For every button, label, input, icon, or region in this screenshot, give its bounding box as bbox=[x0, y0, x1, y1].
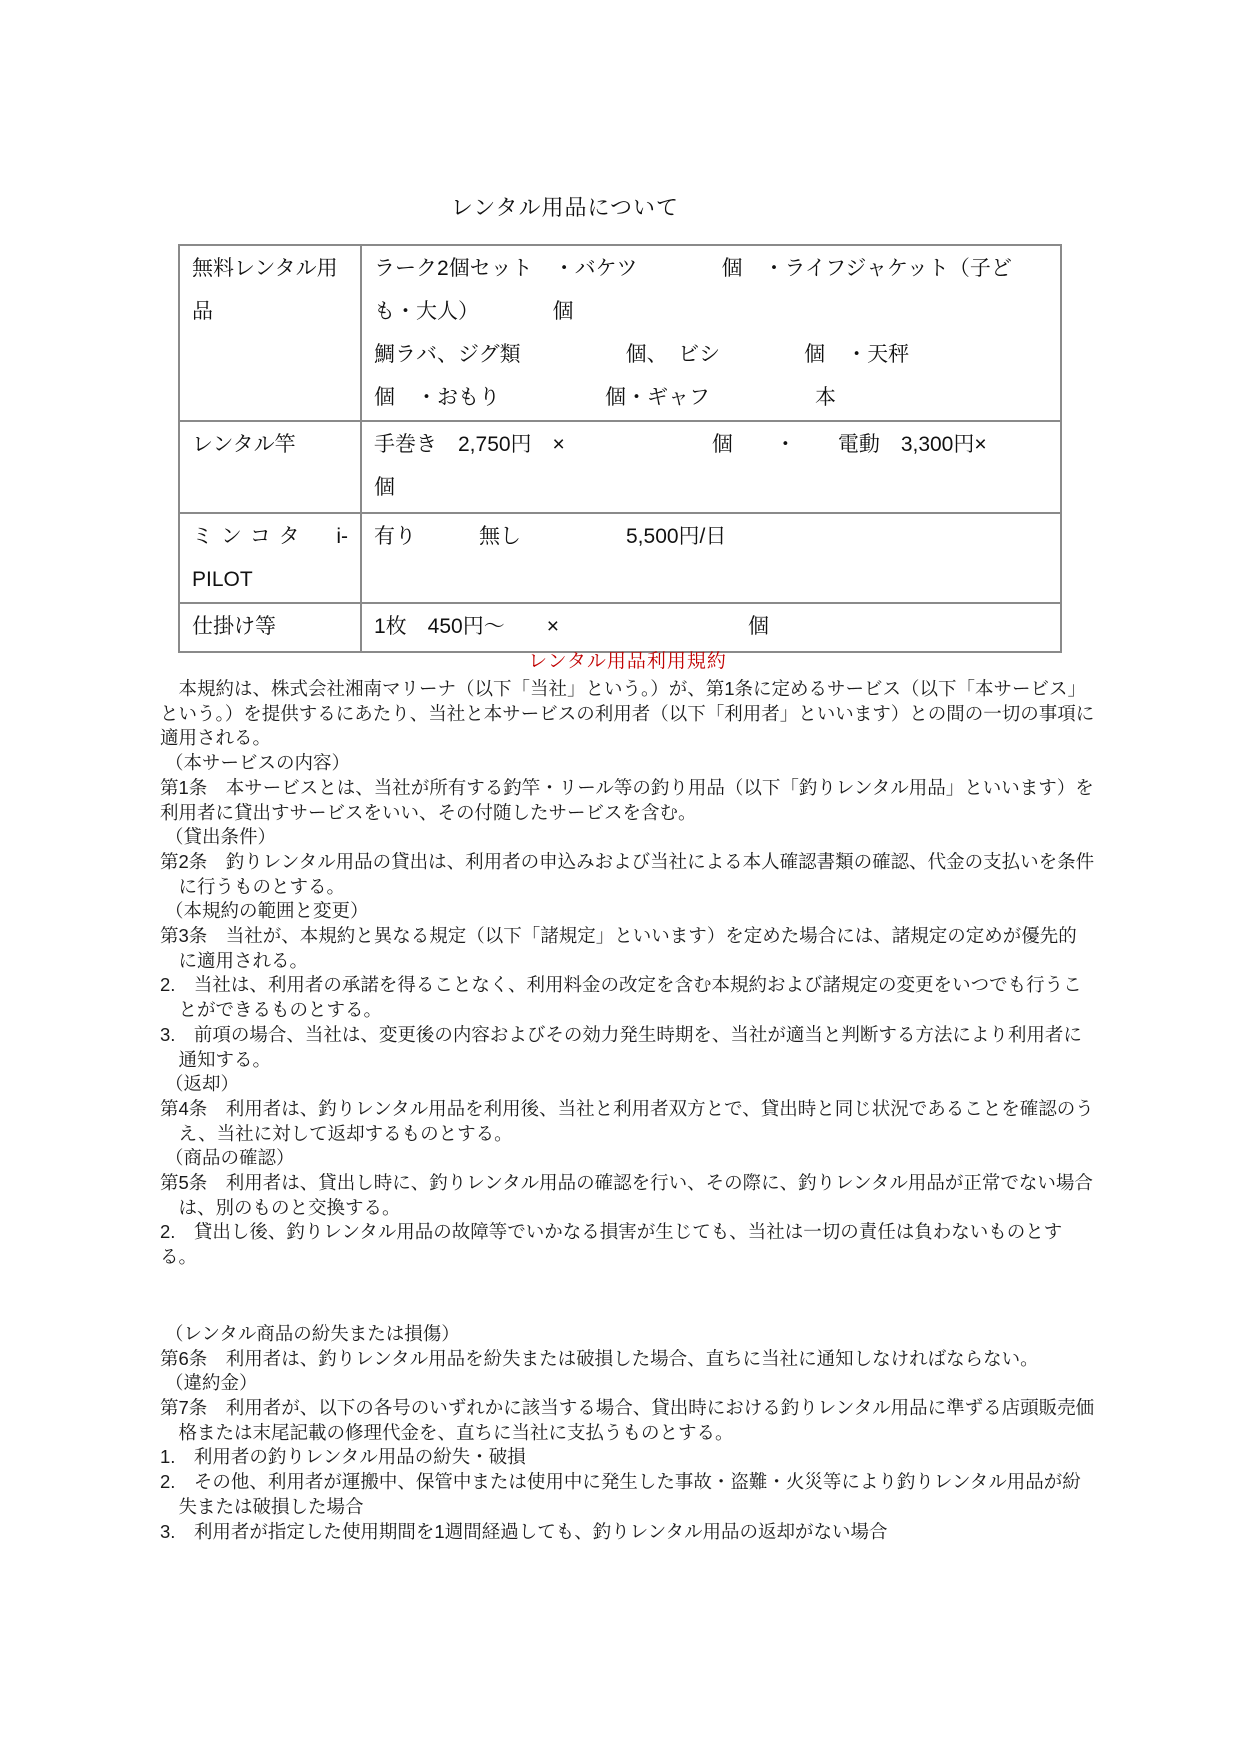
table-row-rigs: 仕掛け等 1枚 450円～ × 個 bbox=[179, 603, 1061, 652]
row-header-line: 仕掛け等 bbox=[192, 605, 348, 648]
row-header-line: ミンコタ i- bbox=[192, 515, 348, 558]
terms-caption-service: （本サービスの内容） bbox=[160, 751, 1095, 776]
row-content-cell: ラーク2個セット ・バケツ 個 ・ライフジャケット（子ど も・大人） 個 鯛ラバ… bbox=[361, 245, 1061, 421]
row-header-line: レンタル竿 bbox=[192, 423, 348, 466]
terms-article-1: 第1条 本サービスとは、当社が所有する釣竿・リール等の釣り用品（以下「釣りレンタ… bbox=[160, 776, 1095, 825]
terms-article-7-item-2: 2. その他、利用者が運搬中、保管中または使用中に発生した事故・盗難・火災等によ… bbox=[160, 1470, 1095, 1519]
row-header-cell: レンタル竿 bbox=[179, 421, 361, 513]
row-header-line: PILOT bbox=[192, 558, 348, 601]
terms-article-3-clause-2: 2. 当社は、利用者の承諾を得ることなく、利用料金の改定を含む本規約および諸規定… bbox=[160, 973, 1095, 1022]
row-content-line: も・大人） 個 bbox=[374, 290, 1048, 333]
row-header-cell: 無料レンタル用 品 bbox=[179, 245, 361, 421]
row-content-line: 鯛ラバ、ジグ類 個、 ビシ 個 ・天秤 bbox=[374, 333, 1048, 376]
row-content-cell: 手巻き 2,750円 × 個 ・ 電動 3,300円× 個 bbox=[361, 421, 1061, 513]
terms-caption-penalty: （違約金） bbox=[160, 1371, 1095, 1396]
terms-caption-return: （返却） bbox=[160, 1072, 1095, 1097]
terms-article-6: 第6条 利用者は、釣りレンタル用品を紛失または破損した場合、直ちに当社に通知しな… bbox=[160, 1347, 1095, 1372]
row-header-line: 無料レンタル用 bbox=[192, 247, 348, 290]
row-header-cell: ミンコタ i- PILOT bbox=[179, 513, 361, 603]
row-content-line: 個 bbox=[374, 466, 1048, 509]
row-header-cell: 仕掛け等 bbox=[179, 603, 361, 652]
terms-caption-loss-damage: （レンタル商品の紛失または損傷） bbox=[160, 1322, 1095, 1347]
table-row-rental-rod: レンタル竿 手巻き 2,750円 × 個 ・ 電動 3,300円× 個 bbox=[179, 421, 1061, 513]
row-content-cell: 有り 無し 5,500円/日 bbox=[361, 513, 1061, 603]
terms-article-7: 第7条 利用者が、以下の各号のいずれかに該当する場合、貸出時における釣りレンタル… bbox=[160, 1396, 1095, 1445]
terms-heading: レンタル用品利用規約 bbox=[160, 648, 1095, 675]
terms-caption-item-check: （商品の確認） bbox=[160, 1146, 1095, 1171]
terms-article-5: 第5条 利用者は、貸出し時に、釣りレンタル用品の確認を行い、その際に、釣りレンタ… bbox=[160, 1171, 1095, 1220]
table-row-minn-kota-i-pilot: ミンコタ i- PILOT 有り 無し 5,500円/日 bbox=[179, 513, 1061, 603]
terms-article-5-clause-2: 2. 貸出し後、釣りレンタル用品の故障等でいかなる損害が生じても、当社は一切の責… bbox=[160, 1220, 1095, 1269]
table-row-free-rental-items: 無料レンタル用 品 ラーク2個セット ・バケツ 個 ・ライフジャケット（子ど も… bbox=[179, 245, 1061, 421]
terms-article-3: 第3条 当社が、本規約と異なる規定（以下「諸規定」といいます）を定めた場合には、… bbox=[160, 924, 1095, 973]
rental-items-table: 無料レンタル用 品 ラーク2個セット ・バケツ 個 ・ライフジャケット（子ど も… bbox=[178, 244, 1062, 653]
row-content-line: 手巻き 2,750円 × 個 ・ 電動 3,300円× bbox=[374, 423, 1048, 466]
terms-of-use-section: レンタル用品利用規約 本規約は、株式会社湘南マリーナ（以下「当社」という。）が、… bbox=[160, 648, 1095, 1544]
terms-article-7-item-3: 3. 利用者が指定した使用期間を1週間経過しても、釣りレンタル用品の返却がない場… bbox=[160, 1520, 1095, 1545]
terms-article-2: 第2条 釣りレンタル用品の貸出は、利用者の申込みおよび当社による本人確認書類の確… bbox=[160, 850, 1095, 899]
row-content-cell: 1枚 450円～ × 個 bbox=[361, 603, 1061, 652]
row-content-line: ラーク2個セット ・バケツ 個 ・ライフジャケット（子ど bbox=[374, 247, 1048, 290]
row-content-line: 1枚 450円～ × 個 bbox=[374, 605, 1048, 648]
page-title: レンタル用品について bbox=[160, 193, 970, 223]
terms-caption-scope: （本規約の範囲と変更） bbox=[160, 899, 1095, 924]
terms-article-7-item-1: 1. 利用者の釣りレンタル用品の紛失・破損 bbox=[160, 1445, 1095, 1470]
row-header-line: 品 bbox=[192, 290, 348, 333]
row-content-line: 個 ・おもり 個・ギャフ 本 bbox=[374, 376, 1048, 419]
terms-article-3-clause-3: 3. 前項の場合、当社は、変更後の内容およびその効力発生時期を、当社が適当と判断… bbox=[160, 1023, 1095, 1072]
terms-caption-conditions: （貸出条件） bbox=[160, 825, 1095, 850]
document-page: レンタル用品について 無料レンタル用 品 ラーク2個セット ・バケツ 個 ・ライ… bbox=[0, 0, 1240, 1755]
row-content-line: 有り 無し 5,500円/日 bbox=[374, 515, 1048, 558]
terms-paragraph-preamble: 本規約は、株式会社湘南マリーナ（以下「当社」という。）が、第1条に定めるサービス… bbox=[160, 677, 1095, 751]
blank-gap bbox=[160, 1270, 1095, 1322]
terms-article-4: 第4条 利用者は、釣りレンタル用品を利用後、当社と利用者双方とで、貸出時と同じ状… bbox=[160, 1097, 1095, 1146]
